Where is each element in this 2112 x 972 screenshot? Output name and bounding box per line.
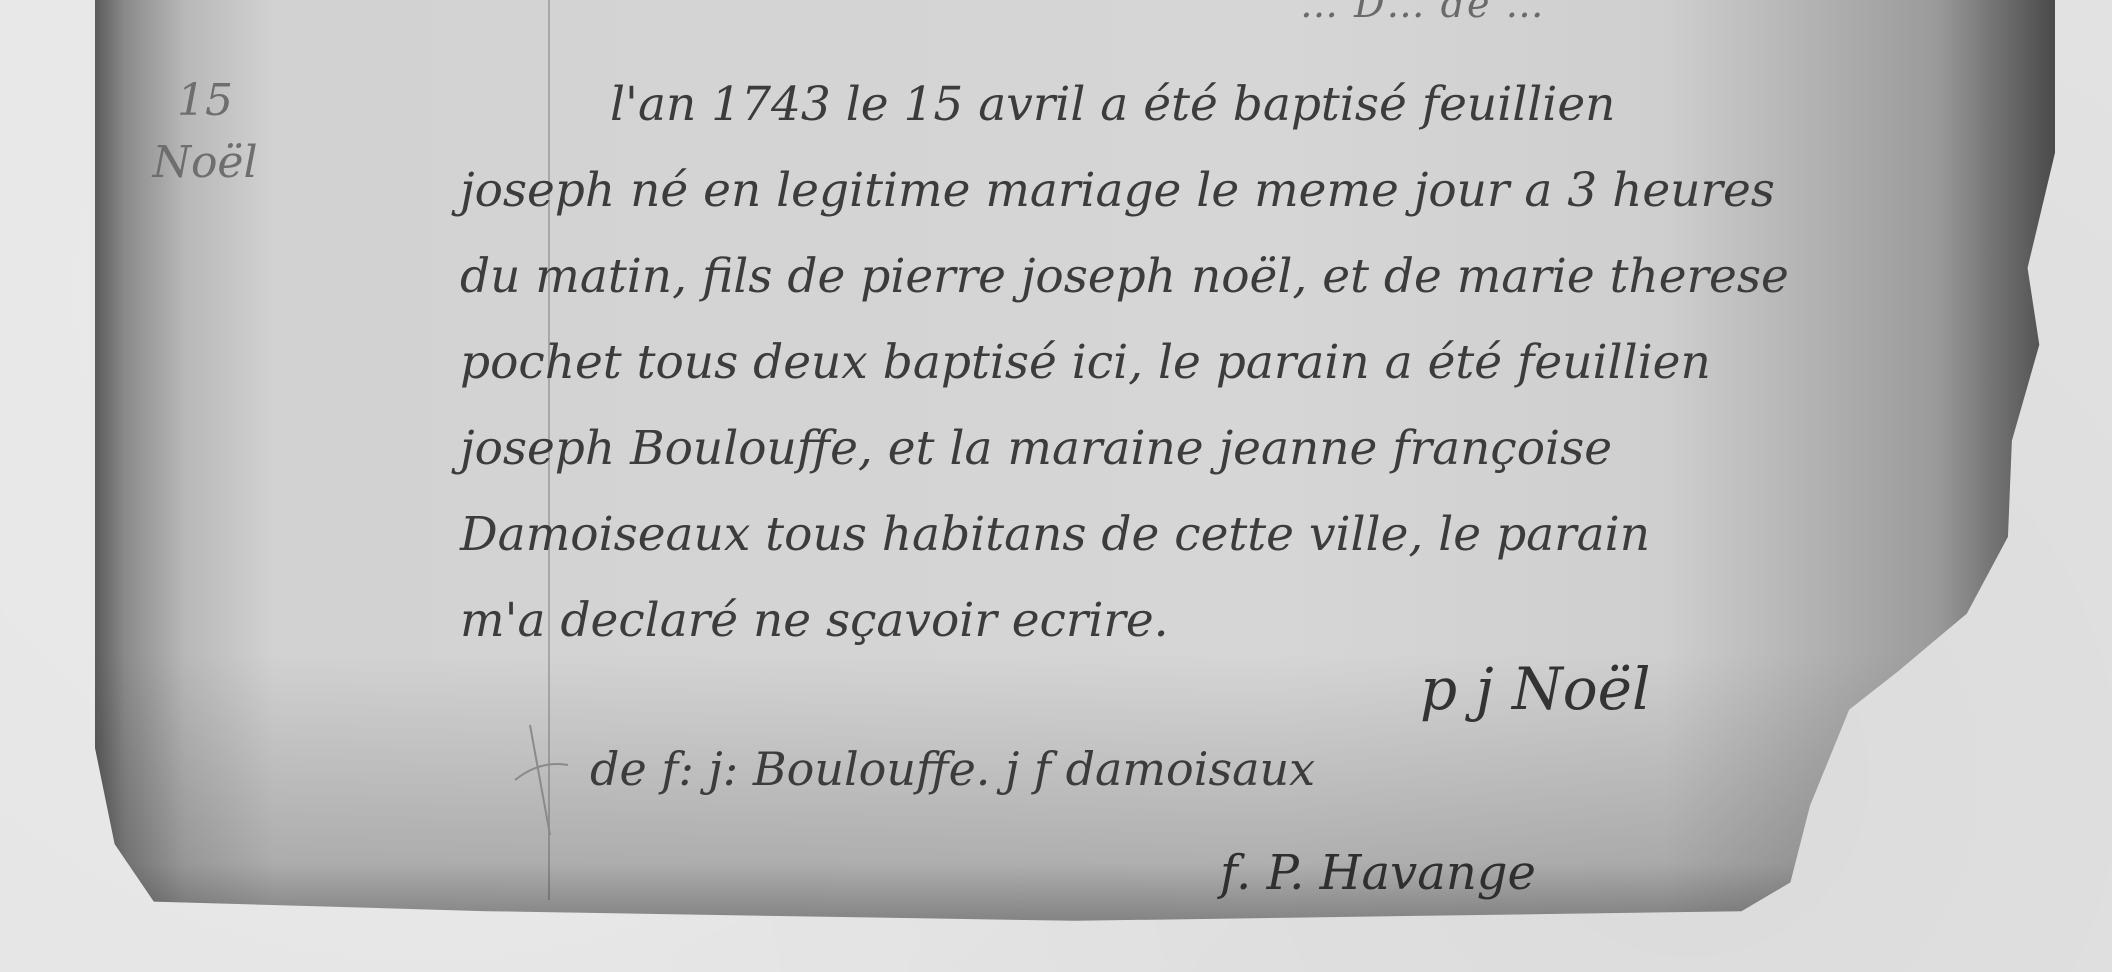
previous-entry-fragment: … D… de … bbox=[1300, 0, 1546, 26]
baptism-entry-text: l'an 1743 le 15 avril a été baptisé feui… bbox=[460, 62, 2060, 664]
signature-witnesses: de f: j: Boulouffe. j f damoisaux bbox=[590, 742, 1315, 796]
entry-line: m'a declaré ne sçavoir ecrire. bbox=[460, 578, 2060, 664]
cross-mark-icon bbox=[510, 720, 570, 840]
entry-line: l'an 1743 le 15 avril a été baptisé feui… bbox=[460, 62, 2060, 148]
entry-line: du matin, fils de pierre joseph noël, et… bbox=[460, 234, 2060, 320]
entry-line: joseph né en legitime mariage le meme jo… bbox=[460, 148, 2060, 234]
entry-surname: Noël bbox=[150, 132, 260, 194]
signature-father: p j Noël bbox=[1420, 655, 1651, 723]
entry-line: pochet tous deux baptisé ici, le parain … bbox=[460, 320, 2060, 406]
entry-line: joseph Boulouffe, et la maraine jeanne f… bbox=[460, 406, 2060, 492]
entry-number: 15 bbox=[150, 70, 260, 132]
signature-priest: f. P. Havange bbox=[1220, 845, 1536, 901]
entry-line: Damoiseaux tous habitans de cette ville,… bbox=[460, 492, 2060, 578]
margin-note: 15 Noël bbox=[150, 70, 260, 194]
